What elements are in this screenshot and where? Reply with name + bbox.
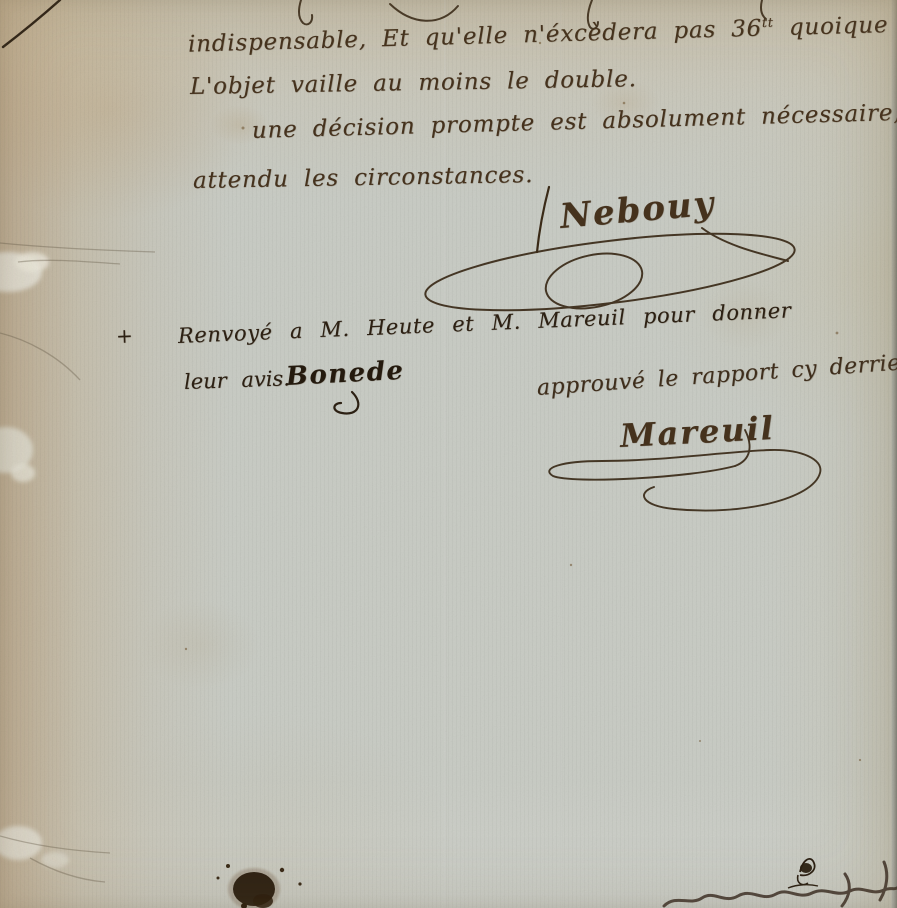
body-line-3: une décision prompte est absolument néce… xyxy=(252,102,897,143)
signature-bonede: Bonede xyxy=(285,358,405,390)
manuscript-page: indispensable, Et qu'elle n'éxcèdera pas… xyxy=(0,0,897,908)
body-line-1-text: indispensable, Et qu'elle n'éxcèdera pas… xyxy=(188,16,763,58)
body-line-1: indispensable, Et qu'elle n'éxcèdera pas… xyxy=(188,13,889,56)
body-line-1-end: quoique xyxy=(773,12,888,41)
body-line-2: L'objet vaille au moins le double. xyxy=(190,68,637,99)
handwriting-layer: indispensable, Et qu'elle n'éxcèdera pas… xyxy=(0,0,897,908)
signature-nebouy: Nebouy xyxy=(559,186,717,233)
margin-note-line-1: Renvoyé a M. Heute et M. Mareuil pour do… xyxy=(178,300,792,347)
margin-cross-mark: + xyxy=(116,325,133,346)
approval-note: approuvé le rapport cy derriere xyxy=(536,351,897,400)
body-line-4: attendu les circonstances. xyxy=(193,164,534,193)
livres-superscript: tt xyxy=(762,15,774,30)
margin-note-line-2: leur avis. xyxy=(184,368,291,393)
signature-mareuil: Mareuil xyxy=(619,412,775,452)
